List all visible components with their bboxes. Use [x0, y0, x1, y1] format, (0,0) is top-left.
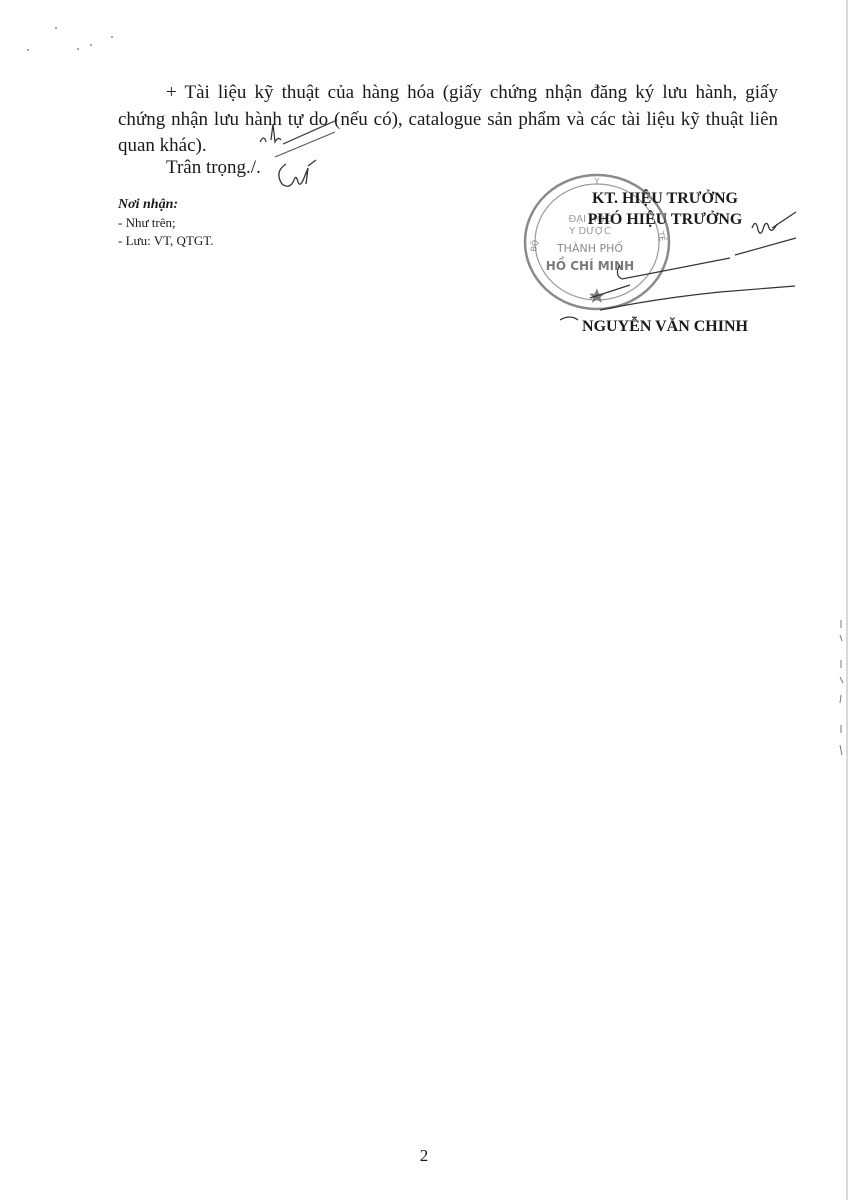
recipients-block: Nơi nhận: - Như trên; - Lưu: VT, QTGT.: [118, 196, 214, 250]
scan-speck: [77, 48, 79, 50]
scan-speck: [111, 36, 113, 38]
body-paragraph: + Tài liệu kỹ thuật của hàng hóa (giấy c…: [118, 80, 778, 160]
initials-signature-icon: [272, 158, 322, 192]
scan-speck: [90, 44, 92, 46]
scan-edge-marks: [836, 615, 846, 765]
bullet-marker: +: [166, 82, 177, 103]
page-number: 2: [0, 1146, 848, 1166]
svg-text:BỘ: BỘ: [527, 239, 540, 253]
initials-signature-icon: [255, 112, 345, 162]
recipient-item: - Lưu: VT, QTGT.: [118, 232, 214, 250]
closing-text: Trân trọng./.: [166, 157, 261, 178]
paragraph-text: Tài liệu kỹ thuật của hàng hóa (giấy chứ…: [118, 82, 778, 156]
recipients-label: Nơi nhận:: [118, 196, 214, 214]
scan-speck: [55, 27, 57, 29]
closing-line: Trân trọng./.: [166, 157, 261, 179]
recipient-item: - Như trên;: [118, 214, 214, 232]
svg-text:Y: Y: [594, 177, 600, 186]
signature-title-line1: KT. HIỆU TRƯỞNG: [540, 188, 790, 209]
scan-speck: [27, 49, 29, 51]
handwritten-signature-icon: [560, 210, 800, 330]
